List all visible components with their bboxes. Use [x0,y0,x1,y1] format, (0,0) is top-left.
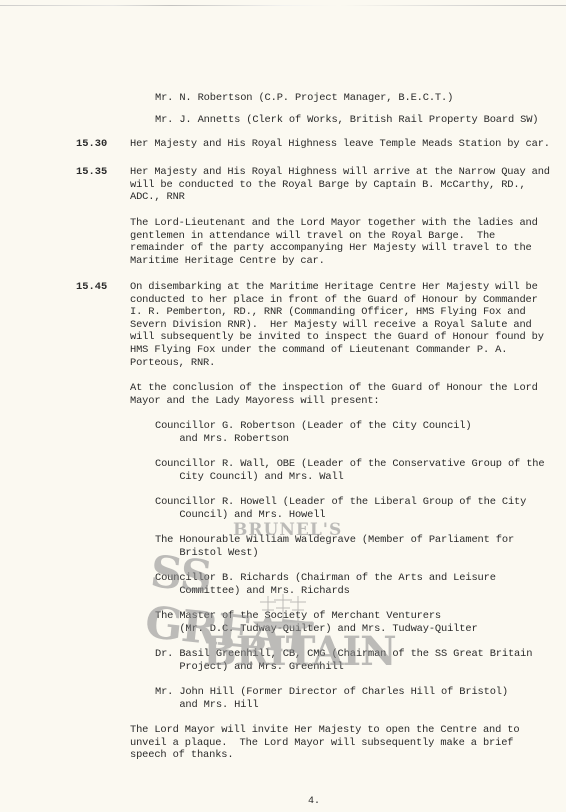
attendee-line: Mr. J. Annetts (Clerk of Works, British … [155,114,538,127]
presentee: Councillor G. Robertson (Leader of the C… [155,420,471,445]
document-page: Mr. N. Robertson (C.P. Project Manager, … [0,0,566,812]
entry-line: will subsequently be invited to inspect … [130,331,544,344]
presentee-line: Bristol West) [155,547,514,560]
presentee: The Honourable William Waldegrave (Membe… [155,534,514,559]
entry-line: Severn Division RNR). Her Majesty will r… [130,319,544,332]
entry-line: ADC., RNR [130,191,550,204]
schedule-entry: Her Majesty and His Royal Highness leave… [130,138,550,151]
entry-line: Porteous, RNR. [130,357,544,370]
presentee: Dr. Basil Greenhill, CB, CMG (Chairman o… [155,648,532,673]
presentee-line: (Mr. D.C. Tudway-Quilter) and Mrs. Tudwa… [155,623,478,636]
entry-line: gentlemen in attendance will travel on t… [130,230,538,243]
presentee-line: Dr. Basil Greenhill, CB, CMG (Chairman o… [155,648,532,661]
entry-line: Her Majesty and His Royal Highness leave… [130,138,550,151]
presentee: Mr. John Hill (Former Director of Charle… [155,686,508,711]
page-number: 4. [308,796,320,807]
entry-line: The Lord-Lieutenant and the Lord Mayor t… [130,217,538,230]
presentee-line: and Mrs. Hill [155,699,508,712]
entry-line: Mayor and the Lady Mayoress will present… [130,395,538,408]
schedule-time: 15.30 [76,138,107,150]
presentee-line: Councillor B. Richards (Chairman of the … [155,572,496,585]
closing-paragraph: The Lord Mayor will invite Her Majesty t… [130,724,519,762]
presentee-line: The Honourable William Waldegrave (Membe… [155,534,514,547]
presentee-line: Project) and Mrs. Greenhill [155,661,532,674]
presentee-line: and Mrs. Robertson [155,433,471,446]
presentee-line: The Master of the Society of Merchant Ve… [155,610,478,623]
presentee-line: Council) and Mrs. Howell [155,509,526,522]
entry-line: conducted to her place in front of the G… [130,294,544,307]
attendee-line: Mr. N. Robertson (C.P. Project Manager, … [155,92,453,105]
entry-line: HMS Flying Fox under the command of Lieu… [130,344,544,357]
presentee: Councillor R. Howell (Leader of the Libe… [155,496,526,521]
entry-line: At the conclusion of the inspection of t… [130,382,538,395]
presentee-line: City Council) and Mrs. Wall [155,471,544,484]
schedule-time: 15.35 [76,166,107,178]
schedule-entry: Her Majesty and His Royal Highness will … [130,166,550,204]
presentee: Councillor B. Richards (Chairman of the … [155,572,496,597]
entry-line: I. R. Pemberton, RD., RNR (Commanding Of… [130,306,544,319]
entry-line: Maritime Heritage Centre by car. [130,255,538,268]
schedule-entry: On disembarking at the Maritime Heritage… [130,281,544,369]
closing-line: unveil a plaque. The Lord Mayor will sub… [130,737,519,750]
presentee: Councillor R. Wall, OBE (Leader of the C… [155,458,544,483]
entry-line: Her Majesty and His Royal Highness will … [130,166,550,179]
presentee: The Master of the Society of Merchant Ve… [155,610,478,635]
presentee-line: Committee) and Mrs. Richards [155,585,496,598]
presentee-line: Mr. John Hill (Former Director of Charle… [155,686,508,699]
schedule-time: 15.45 [76,281,107,293]
schedule-followup: At the conclusion of the inspection of t… [130,382,538,407]
presentee-line: Councillor R. Wall, OBE (Leader of the C… [155,458,544,471]
scan-edge [0,5,566,6]
closing-line: The Lord Mayor will invite Her Majesty t… [130,724,519,737]
entry-line: will be conducted to the Royal Barge by … [130,179,550,192]
presentee-line: Councillor R. Howell (Leader of the Libe… [155,496,526,509]
entry-line: remainder of the party accompanying Her … [130,242,538,255]
entry-line: On disembarking at the Maritime Heritage… [130,281,544,294]
schedule-followup: The Lord-Lieutenant and the Lord Mayor t… [130,217,538,267]
closing-line: speech of thanks. [130,749,519,762]
presentee-line: Councillor G. Robertson (Leader of the C… [155,420,471,433]
